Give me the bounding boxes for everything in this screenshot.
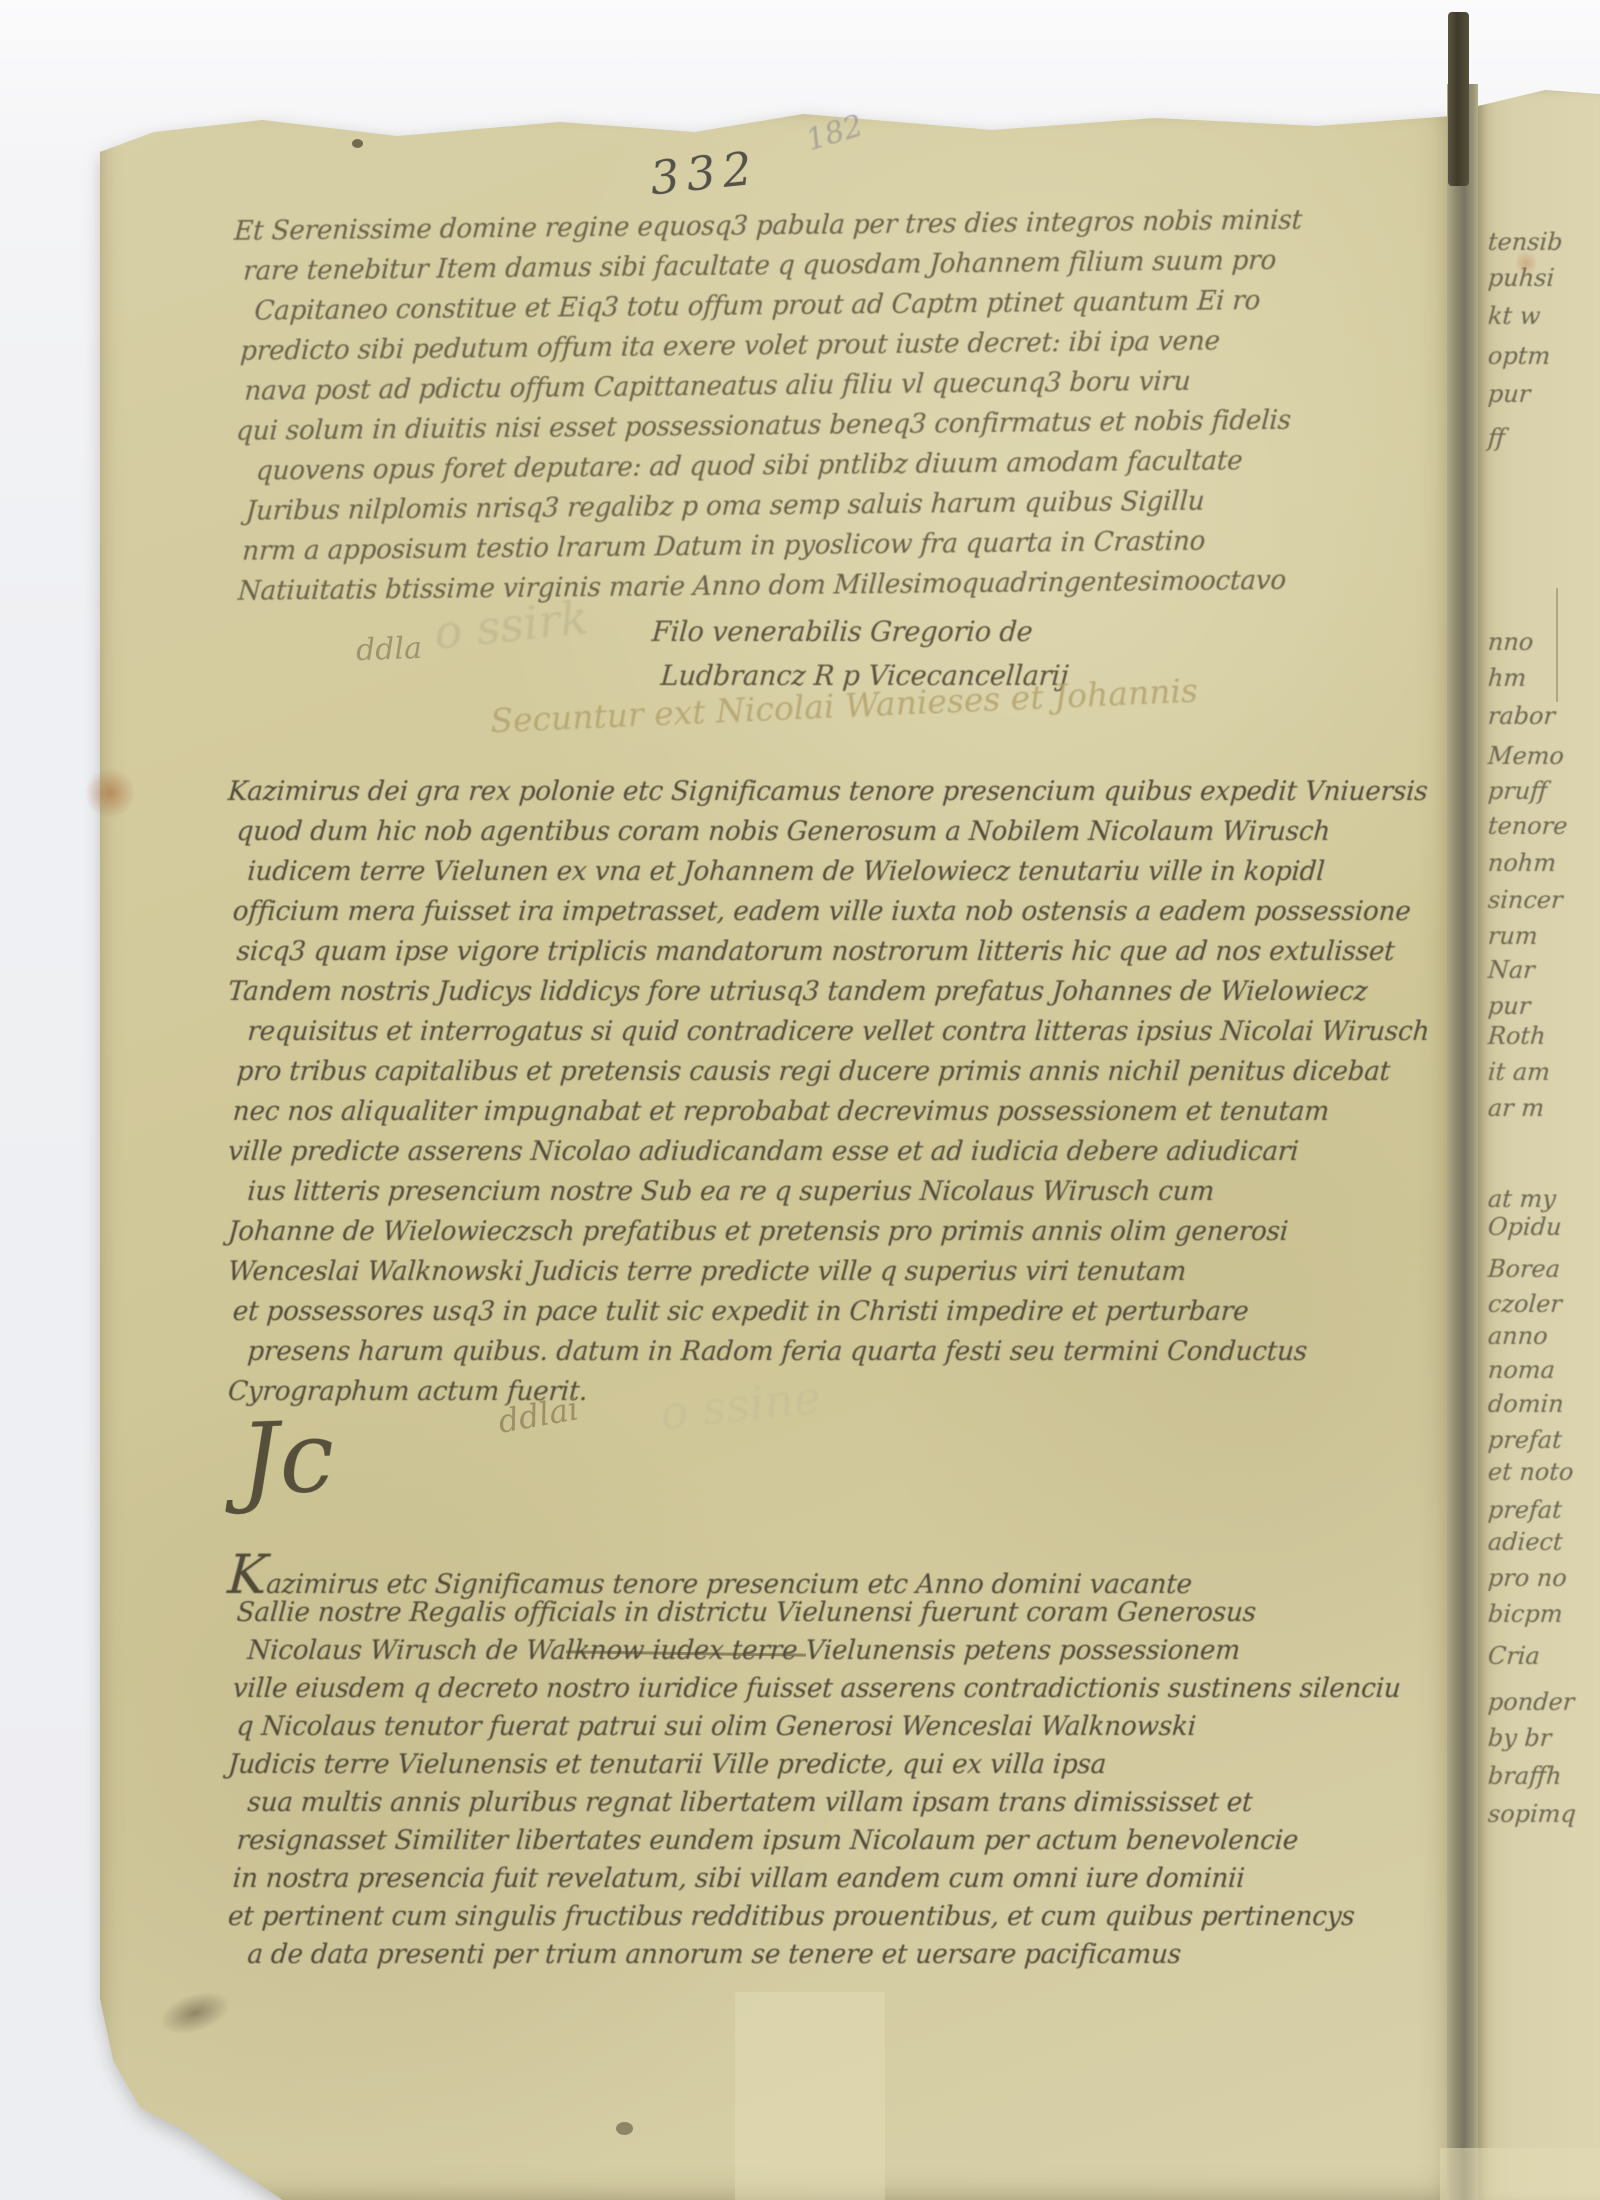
manuscript-line: Kazimirus dei gra rex polonie etc Signif…: [227, 772, 1431, 812]
manuscript-line: iudicem terre Vielunen ex vna et Johanne…: [227, 852, 1431, 892]
rust-stain: [86, 766, 134, 820]
cutoff-text-fragment: Nar: [1487, 956, 1536, 984]
manuscript-line: Johanne de Wielowieczsch prefatibus et p…: [227, 1212, 1431, 1252]
cutoff-text-fragment: tensib: [1487, 228, 1564, 256]
cutoff-text-fragment: noma: [1487, 1356, 1556, 1384]
cutoff-text-fragment: bicpm: [1487, 1600, 1564, 1628]
cutoff-text-fragment: tenore: [1487, 812, 1568, 840]
cutoff-text-fragment: Memo: [1487, 742, 1565, 770]
cutoff-text-fragment: ponder: [1487, 1688, 1575, 1716]
manuscript-line: Tandem nostris Judicys liddicys fore utr…: [227, 972, 1431, 1012]
cutoff-text-fragment: by br: [1487, 1724, 1552, 1752]
manuscript-line: ville predicte asserens Nicolao adiudica…: [227, 1132, 1431, 1172]
cutoff-text-fragment: adiect: [1487, 1528, 1564, 1556]
manuscript-line: quod dum hic nob agentibus coram nobis G…: [227, 812, 1431, 852]
manuscript-line: Judicis terre Vielunensis et tenutarii V…: [227, 1746, 1402, 1784]
cutoff-text-fragment: domin: [1487, 1390, 1565, 1418]
manuscript-line: nec nos aliqualiter impugnabat et reprob…: [227, 1092, 1431, 1132]
manuscript-line: Sallie nostre Regalis officials in distr…: [227, 1594, 1402, 1632]
page-number: 332: [647, 140, 761, 205]
manuscript-photo: 332 182 Et Serenissime domine regine equ…: [0, 0, 1600, 2200]
cutoff-text-fragment: pro no: [1487, 1564, 1568, 1592]
manuscript-line: ius litteris presencium nostre Sub ea re…: [227, 1172, 1431, 1212]
manuscript-line: et possessores usq3 in pace tulit sic ex…: [227, 1292, 1431, 1332]
cutoff-text-fragment: czoler: [1487, 1290, 1563, 1318]
cutoff-text-fragment: pur: [1487, 992, 1531, 1020]
cutoff-text-fragment: optm: [1487, 342, 1551, 370]
manuscript-line: a de data presenti per trium annorum se …: [227, 1936, 1402, 1974]
text-block-kazimirus-significamus: Kazimirus etc Significamus tenore presen…: [228, 1556, 1437, 1974]
cutoff-text-fragment: it am: [1487, 1058, 1551, 1086]
manuscript-line: resignasset Similiter libertates eundem …: [227, 1822, 1402, 1860]
manuscript-line: Kazimirus etc Significamus tenore presen…: [227, 1556, 1402, 1594]
cutoff-text-fragment: Borea: [1487, 1255, 1561, 1283]
text-block-kazimirus-decree: Kazimirus dei gra rex polonie etc Signif…: [228, 772, 1466, 1412]
undersheet-corner: [1440, 2148, 1600, 2200]
cutoff-text-fragment: at my: [1487, 1185, 1557, 1213]
cutoff-text-fragment: sopimq: [1487, 1800, 1577, 1828]
cutoff-text-fragment: pur: [1487, 380, 1531, 408]
cutoff-text-fragment: et noto: [1487, 1458, 1574, 1486]
text-block-royal-grant: Et Serenissime domine regine equosq3 pab…: [234, 200, 1339, 612]
paper-sheen-patch: [735, 1992, 885, 2200]
manuscript-line: sicq3 quam ipse vigore triplicis mandato…: [227, 932, 1431, 972]
manuscript-line: Wenceslai Walknowski Judicis terre predi…: [227, 1252, 1431, 1292]
cutoff-text-fragment: Cria: [1487, 1642, 1541, 1670]
cutoff-text-fragment: ar m: [1487, 1094, 1545, 1122]
manuscript-line: Filo venerabilis Gregorio de: [650, 610, 1069, 654]
ruled-margin-line: [1556, 588, 1558, 702]
cutoff-text-fragment: braffh: [1487, 1762, 1563, 1790]
cutoff-text-fragment: Opidu: [1487, 1213, 1563, 1241]
manuscript-line: q Nicolaus tenutor fuerat patrui sui oli…: [227, 1708, 1402, 1746]
cutoff-text-fragment: hm: [1487, 664, 1527, 692]
manuscript-line: Cyrographum actum fuerit.: [227, 1372, 1431, 1412]
manuscript-line: ville eiusdem q decreto nostro iuridice …: [227, 1670, 1402, 1708]
cutoff-text-fragment: nno: [1487, 628, 1534, 656]
manuscript-line: pro tribus capitalibus et pretensis caus…: [227, 1052, 1431, 1092]
manuscript-line: et pertinent cum singulis fructibus redd…: [227, 1898, 1402, 1936]
paraph-flourish: Jc: [238, 1400, 336, 1517]
manuscript-line: officium mera fuisset ira impetrasset, e…: [227, 892, 1431, 932]
cutoff-text-fragment: rabor: [1487, 702, 1556, 730]
dark-speck: [616, 2122, 633, 2135]
cutoff-text-fragment: rum: [1487, 922, 1539, 950]
cutoff-text-fragment: puhsi: [1487, 264, 1555, 292]
manuscript-line: presens harum quibus. datum in Radom fer…: [227, 1332, 1431, 1372]
cutoff-text-fragment: prefat: [1487, 1496, 1563, 1524]
cutoff-text-fragment: nohm: [1487, 849, 1557, 877]
manuscript-line: requisitus et interrogatus si quid contr…: [227, 1012, 1431, 1052]
manuscript-line: in nostra presencia fuit revelatum, sibi…: [227, 1860, 1402, 1898]
marginal-note-ddla: ddla: [355, 631, 422, 668]
cutoff-text-fragment: anno: [1487, 1322, 1549, 1350]
cutoff-text-fragment: ff: [1487, 424, 1506, 452]
cutoff-text-fragment: pruff: [1487, 777, 1548, 805]
cutoff-text-fragment: Roth: [1487, 1022, 1547, 1050]
cutoff-text-fragment: prefat: [1487, 1426, 1563, 1454]
cutoff-text-fragment: kt w: [1487, 302, 1541, 330]
manuscript-line: sua multis annis pluribus regnat liberta…: [227, 1784, 1402, 1822]
fly-speck: [352, 139, 363, 148]
manuscript-line: Nicolaus Wirusch de Walknow iudex terre …: [227, 1632, 1402, 1670]
cutoff-text-fragment: sincer: [1487, 886, 1564, 914]
binding-strap: [1448, 12, 1469, 186]
